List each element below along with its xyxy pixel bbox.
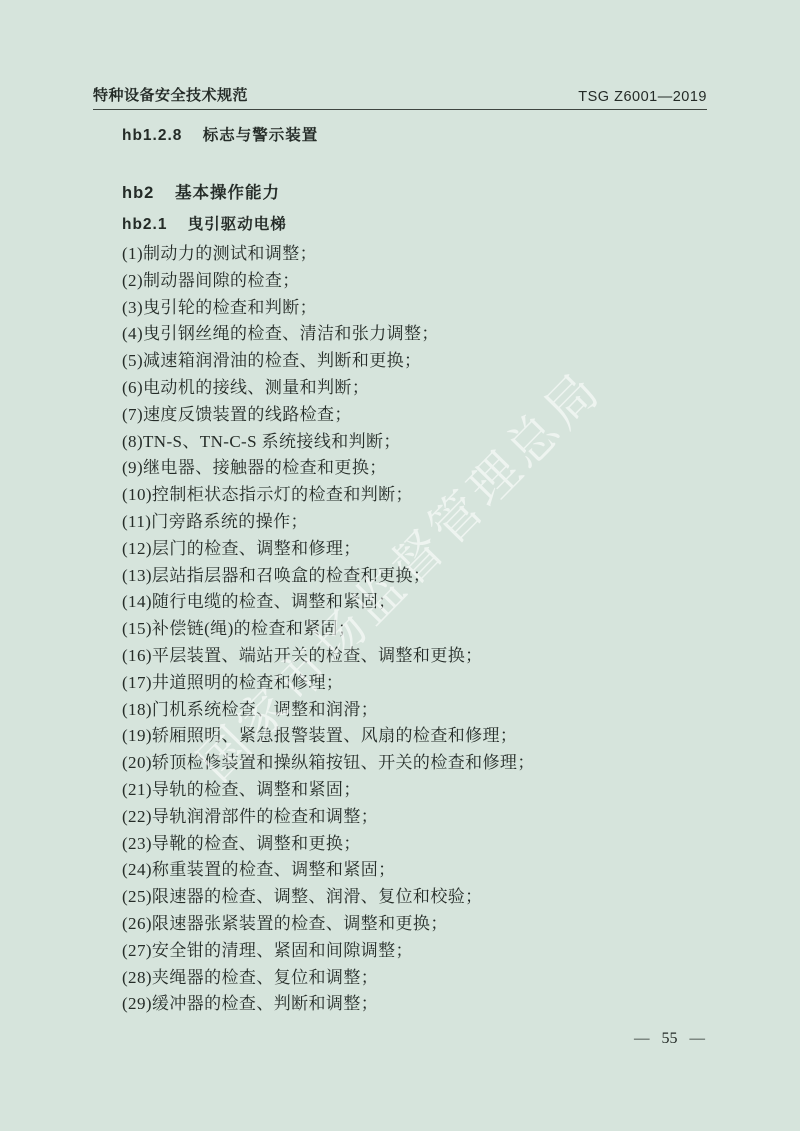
list-item: (7)速度反馈装置的线路检查；	[122, 402, 750, 429]
heading-hb1-2-8: hb1.2.8 标志与警示装置	[122, 123, 318, 145]
list-item: (25)限速器的检查、调整、润滑、复位和校验；	[122, 884, 750, 911]
list-item: (28)夹绳器的检查、复位和调整；	[122, 965, 750, 992]
list-item: (16)平层装置、端站开关的检查、调整和更换；	[122, 643, 750, 670]
list-item: (15)补偿链(绳)的检查和紧固；	[122, 616, 750, 643]
list-item: (22)导轨润滑部件的检查和调整；	[122, 804, 750, 831]
list-item: (9)继电器、接触器的检查和更换；	[122, 455, 750, 482]
list-item: (21)导轨的检查、调整和紧固；	[122, 777, 750, 804]
heading-label: hb1.2.8	[122, 127, 182, 144]
list-item: (10)控制柜状态指示灯的检查和判断；	[122, 482, 750, 509]
list-item: (14)随行电缆的检查、调整和紧固；	[122, 589, 750, 616]
heading-label: hb2.1	[122, 216, 167, 233]
list-item: (20)轿顶检修装置和操纵箱按钮、开关的检查和修理；	[122, 750, 750, 777]
list-item: (2)制动器间隙的检查；	[122, 268, 750, 295]
page-footer: — 55 —	[634, 1030, 705, 1048]
list-item: (29)缓冲器的检查、判断和调整；	[122, 991, 750, 1018]
heading-hb2: hb2 基本操作能力	[122, 179, 280, 203]
list-item: (19)轿厢照明、紧急报警装置、风扇的检查和修理；	[122, 723, 750, 750]
page-number: 55	[662, 1030, 678, 1048]
list-item: (1)制动力的测试和调整；	[122, 241, 750, 268]
list-item: (4)曳引钢丝绳的检查、清洁和张力调整；	[122, 321, 750, 348]
list-item: (23)导靴的检查、调整和更换；	[122, 831, 750, 858]
heading-hb2-1: hb2.1 曳引驱动电梯	[122, 212, 287, 234]
list-item: (27)安全钳的清理、紧固和间隙调整；	[122, 938, 750, 965]
document-page: 特种设备安全技术规范 TSG Z6001—2019 hb1.2.8 标志与警示装…	[0, 0, 800, 1131]
list-item: (11)门旁路系统的操作；	[122, 509, 750, 536]
list-item: (8)TN-S、TN-C-S 系统接线和判断；	[122, 429, 750, 456]
list-item: (24)称重装置的检查、调整和紧固；	[122, 857, 750, 884]
list-item: (17)井道照明的检查和修理；	[122, 670, 750, 697]
page-header: 特种设备安全技术规范 TSG Z6001—2019	[93, 84, 707, 110]
list-item: (5)减速箱润滑油的检查、判断和更换；	[122, 348, 750, 375]
heading-title: 基本操作能力	[175, 184, 280, 202]
list-item: (18)门机系统检查、调整和润滑；	[122, 697, 750, 724]
list-item: (26)限速器张紧装置的检查、调整和更换；	[122, 911, 750, 938]
footer-left-dash: —	[634, 1030, 650, 1048]
list-item: (12)层门的检查、调整和修理；	[122, 536, 750, 563]
list-item: (6)电动机的接线、测量和判断；	[122, 375, 750, 402]
heading-title: 曳引驱动电梯	[188, 216, 287, 233]
heading-label: hb2	[122, 184, 154, 202]
list-item: (3)曳引轮的检查和判断；	[122, 295, 750, 322]
footer-right-dash: —	[690, 1030, 706, 1048]
task-list: (1)制动力的测试和调整；(2)制动器间隙的检查；(3)曳引轮的检查和判断；(4…	[122, 241, 750, 1018]
list-item: (13)层站指层器和召唤盒的检查和更换；	[122, 563, 750, 590]
heading-title: 标志与警示装置	[203, 127, 319, 144]
header-doc-code: TSG Z6001—2019	[578, 89, 707, 105]
header-title: 特种设备安全技术规范	[93, 84, 248, 105]
